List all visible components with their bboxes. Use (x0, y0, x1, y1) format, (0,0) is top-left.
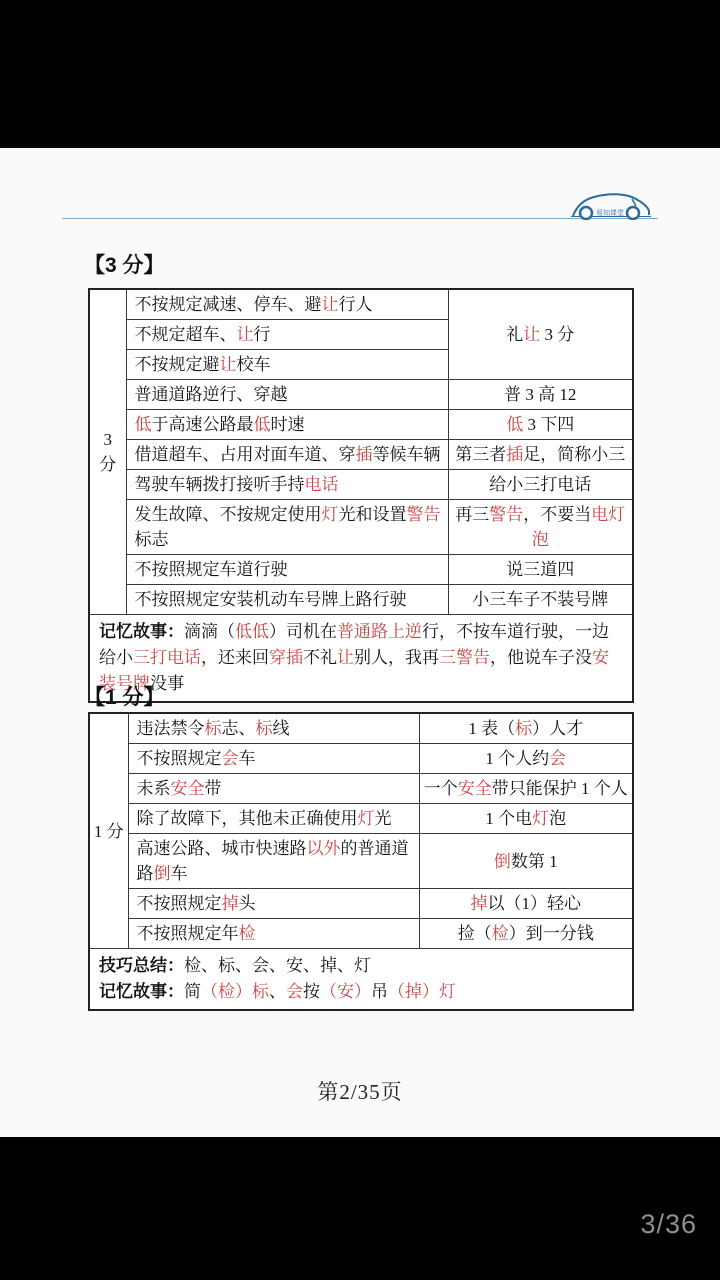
violation-cell: 不规定超车、让行 (126, 320, 448, 350)
header-divider (62, 218, 658, 219)
table-row: 高速公路、城市快速路以外的普通道路倒车 倒数第 1 (89, 834, 633, 889)
violation-cell: 不按照规定安装机动车号牌上路行驶 (126, 585, 448, 615)
table-row: 3 分 不按规定减速、停车、避让行人 礼让 3 分 (89, 289, 633, 320)
mnemonic-cell: 1 表（标）人才 (419, 713, 633, 744)
violation-cell: 未系安全带 (128, 774, 419, 804)
score-cell-3pt: 3 分 (89, 289, 126, 615)
table-row: 1 分 违法禁令标志、标线 1 表（标）人才 (89, 713, 633, 744)
mnemonic-cell: 给小三打电话 (448, 470, 633, 500)
letterbox-bottom: 3/36 (0, 1137, 720, 1280)
tips-summary: 技巧总结：检、标、会、安、掉、灯 (99, 953, 623, 979)
violation-cell: 高速公路、城市快速路以外的普通道路倒车 (128, 834, 419, 889)
table-row: 不按照规定会车 1 个人约会 (89, 744, 633, 774)
table-row: 除了故障下，其他未正确使用灯光 1 个电灯泡 (89, 804, 633, 834)
mnemonic-cell: 说三道四 (448, 555, 633, 585)
logo-text: 易知课堂 (596, 208, 624, 217)
mnemonic-cell: 掉以（1）轻心 (419, 889, 633, 919)
table-row: 未系安全带 一个安全带只能保护 1 个人 (89, 774, 633, 804)
violation-cell: 驾驶车辆拨打接听手持电话 (126, 470, 448, 500)
car-logo-icon: 易知课堂 (570, 190, 652, 220)
mnemonic-cell: 低 3 下四 (448, 410, 633, 440)
table-1pt: 1 分 违法禁令标志、标线 1 表（标）人才 不按照规定会车 1 个人约会 未系… (88, 712, 634, 1011)
table-row: 不按照规定年检 捡（检）到一分钱 (89, 919, 633, 949)
table-row: 技巧总结：检、标、会、安、掉、灯 记忆故事：简（检）标、会按（安）吊（掉）灯 (89, 949, 633, 1011)
memory-story-3pt: 记忆故事：滴滴（低低）司机在普通路上逆行，不按车道行驶，一边给小三打电话，还来回… (89, 615, 633, 703)
mnemonic-cell: 1 个电灯泡 (419, 804, 633, 834)
doc-page-number: 第2/35页 (0, 1076, 720, 1106)
violation-cell: 除了故障下，其他未正确使用灯光 (128, 804, 419, 834)
mnemonic-cell: 一个安全带只能保护 1 个人 (419, 774, 633, 804)
violation-cell: 不按规定避让校车 (126, 350, 448, 380)
section-1pt-heading: 【1 分】 (84, 681, 165, 711)
table-row: 借道超车、占用对面车道、穿插等候车辆 第三者插足，简称小三 (89, 440, 633, 470)
table-row: 不按照规定安装机动车号牌上路行驶 小三车子不装号牌 (89, 585, 633, 615)
section-3pt-heading: 【3 分】 (84, 249, 165, 279)
violation-cell: 不按规定减速、停车、避让行人 (126, 289, 448, 320)
viewer-page-indicator: 3/36 (640, 1209, 697, 1240)
violation-cell: 普通道路逆行、穿越 (126, 380, 448, 410)
mnemonic-cell: 再三警告，不要当电灯泡 (448, 500, 633, 555)
mnemonic-cell: 第三者插足，简称小三 (448, 440, 633, 470)
table-row: 发生故障、不按规定使用灯光和设置警告标志 再三警告，不要当电灯泡 (89, 500, 633, 555)
violation-cell: 不按照规定掉头 (128, 889, 419, 919)
mnemonic-cell: 捡（检）到一分钱 (419, 919, 633, 949)
mnemonic-cell: 1 个人约会 (419, 744, 633, 774)
violation-cell: 不按照规定会车 (128, 744, 419, 774)
mnemonic-cell: 倒数第 1 (419, 834, 633, 889)
document-page: 易知课堂 【3 分】 3 分 不按规定减速、停车、避让行人 礼让 3 分 不规定… (0, 148, 720, 1137)
violation-cell: 不按照规定车道行驶 (126, 555, 448, 585)
table-row: 不按照规定车道行驶 说三道四 (89, 555, 633, 585)
violation-cell: 借道超车、占用对面车道、穿插等候车辆 (126, 440, 448, 470)
letterbox-top (0, 0, 720, 148)
violation-cell: 违法禁令标志、标线 (128, 713, 419, 744)
mnemonic-cell: 普 3 高 12 (448, 380, 633, 410)
mnemonic-cell: 礼让 3 分 (448, 289, 633, 380)
violation-cell: 低于高速公路最低时速 (126, 410, 448, 440)
summary-cell-1pt: 技巧总结：检、标、会、安、掉、灯 记忆故事：简（检）标、会按（安）吊（掉）灯 (89, 949, 633, 1011)
score-cell-1pt: 1 分 (89, 713, 128, 949)
table-row: 驾驶车辆拨打接听手持电话 给小三打电话 (89, 470, 633, 500)
violation-cell: 发生故障、不按规定使用灯光和设置警告标志 (126, 500, 448, 555)
table-row: 普通道路逆行、穿越 普 3 高 12 (89, 380, 633, 410)
table-3pt: 3 分 不按规定减速、停车、避让行人 礼让 3 分 不规定超车、让行 不按规定避… (88, 288, 634, 703)
table-row: 记忆故事：滴滴（低低）司机在普通路上逆行，不按车道行驶，一边给小三打电话，还来回… (89, 615, 633, 703)
table-row: 低于高速公路最低时速 低 3 下四 (89, 410, 633, 440)
memory-story-1pt: 记忆故事：简（检）标、会按（安）吊（掉）灯 (99, 979, 623, 1005)
violation-cell: 不按照规定年检 (128, 919, 419, 949)
mnemonic-cell: 小三车子不装号牌 (448, 585, 633, 615)
table-row: 不按照规定掉头 掉以（1）轻心 (89, 889, 633, 919)
